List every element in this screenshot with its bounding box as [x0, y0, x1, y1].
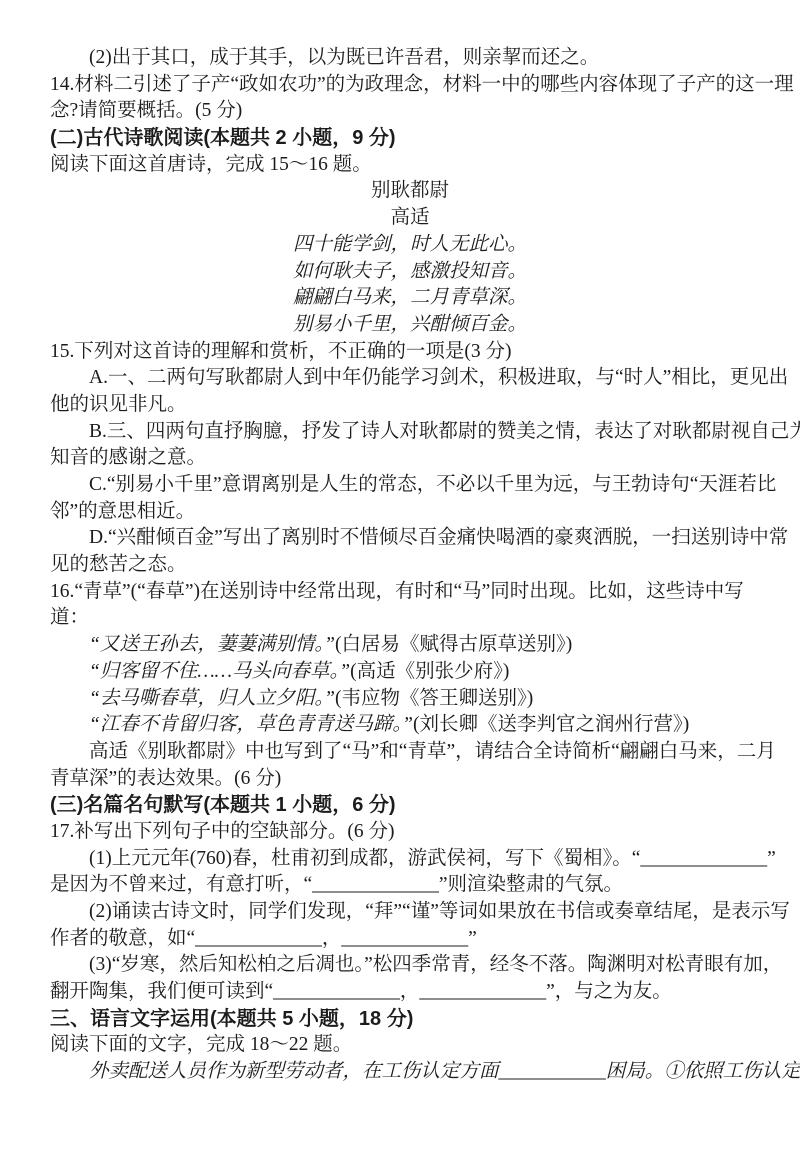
verse-quote: “去马嘶春草，归人立夕阳。”: [89, 688, 335, 709]
section-header-3: (三)名篇名句默写(本题共 1 小题，6 分): [50, 792, 770, 819]
question-16-stem: 道：: [50, 605, 770, 632]
reading-instruction: 阅读下面的文字，完成 18～22 题。: [50, 1032, 770, 1059]
section-header-2: (二)古代诗歌阅读(本题共 2 小题，9 分): [50, 125, 770, 152]
question-16-stem: 16.“青草”(“春草”)在送别诗中经常出现，有时和“马”同时出现。比如，这些诗…: [50, 579, 770, 606]
quote-line: “又送王孙去，萋萋满别情。”(白居易《赋得古原草送别》): [50, 632, 770, 659]
poem-verse-line: 四十能学剑，时人无此心。: [50, 232, 770, 259]
verse-quote: “归客留不住……马头向春草。”: [89, 661, 350, 682]
quote-line: “去马嘶春草，归人立夕阳。”(韦应物《答王卿送别》): [50, 686, 770, 713]
question-15-option-d: D.“兴酣倾百金”写出了离别时不惜倾尽百金痛快喝酒的豪爽洒脱，一扫送别诗中常: [50, 525, 770, 552]
poem-verse-line: 翩翩白马来，二月青草深。: [50, 285, 770, 312]
question-17-part-1: (1)上元元年(760)春，杜甫初到成都，游武侯祠，写下《蜀相》。“______…: [50, 846, 770, 873]
question-14-line: 14.材料二引述了子产“政如农功”的为政理念，材料一中的哪些内容体现了子产的这一…: [50, 72, 770, 99]
question-15-option-b: 知音的感谢之意。: [50, 445, 770, 472]
question-15-option-c: 邻”的意思相近。: [50, 499, 770, 526]
verse-quote: “又送王孙去，萋萋满别情。”: [89, 634, 335, 655]
question-15-option-a: A.一、二两句写耿都尉人到中年仍能学习剑术，积极进取，与“时人”相比，更见出: [50, 365, 770, 392]
question-16-task: 青草深”的表达效果。(6 分): [50, 766, 770, 793]
poem-verse-line: 如何耿夫子，感激投知音。: [50, 259, 770, 286]
poem-verse-line: 别易小千里，兴酣倾百金。: [50, 312, 770, 339]
verse-source: (白居易《赋得古原草送别》): [335, 634, 572, 655]
verse-source: (韦应物《答王卿送别》): [335, 688, 533, 709]
exam-paper-page: (2)出于其口，成于其手，以为既已许吾君，则亲挈而还之。14.材料二引述了子产“…: [0, 0, 800, 1154]
poem-title: 别耿都尉: [50, 178, 770, 205]
question-17-part-2: (2)诵读古诗文时，同学们发现，“拜”“谨”等词如果放在书信或奏章结尾，是表示写: [50, 899, 770, 926]
verse-source: (刘长卿《送李判官之润州行营》): [413, 714, 689, 735]
question-15-option-a: 他的识见非凡。: [50, 392, 770, 419]
question-17-stem: 17.补写出下列句子中的空缺部分。(6 分): [50, 819, 770, 846]
question-14-line: 念?请简要概括。(5 分): [50, 98, 770, 125]
poem-author: 高适: [50, 205, 770, 232]
question-17-part-1: 是因为不曾来过，有意打听，“_____________”则渲染整肃的气氛。: [50, 872, 770, 899]
passage-line: 外卖配送人员作为新型劳动者，在工伤认定方面___________困局。①依照工伤…: [50, 1059, 770, 1086]
quote-line: “归客留不住……马头向春草。”(高适《别张少府》): [50, 659, 770, 686]
verse-source: (高适《别张少府》): [350, 661, 509, 682]
quote-line: “江春不肯留归客，草色青青送马蹄。”(刘长卿《送李判官之润州行营》): [50, 712, 770, 739]
document-body: (2)出于其口，成于其手，以为既已许吾君，则亲挈而还之。14.材料二引述了子产“…: [50, 45, 770, 1086]
question-15-option-d: 见的愁苦之态。: [50, 552, 770, 579]
question-17-part-3: (3)“岁寒，然后知松柏之后凋也。”松四季常青，经冬不落。陶渊明对松青眼有加，: [50, 952, 770, 979]
reading-instruction: 阅读下面这首唐诗，完成 15～16 题。: [50, 152, 770, 179]
question-17-part-2: 作者的敬意，如“_____________，_____________”: [50, 926, 770, 953]
question-13-2-line: (2)出于其口，成于其手，以为既已许吾君，则亲挈而还之。: [50, 45, 770, 72]
question-17-part-3: 翻开陶集，我们便可读到“_____________，_____________”…: [50, 979, 770, 1006]
section-header-three: 三、语言文字运用(本题共 5 小题，18 分): [50, 1006, 770, 1033]
question-16-task: 高适《别耿都尉》中也写到了“马”和“青草”，请结合全诗简析“翩翩白马来，二月: [50, 739, 770, 766]
question-15-option-c: C.“别易小千里”意谓离别是人生的常态，不必以千里为远，与王勃诗句“天涯若比: [50, 472, 770, 499]
verse-quote: “江春不肯留归客，草色青青送马蹄。”: [89, 714, 413, 735]
question-15-stem: 15.下列对这首诗的理解和赏析，不正确的一项是(3 分): [50, 339, 770, 366]
question-15-option-b: B.三、四两句直抒胸臆，抒发了诗人对耿都尉的赞美之情，表达了对耿都尉视自己为: [50, 419, 770, 446]
